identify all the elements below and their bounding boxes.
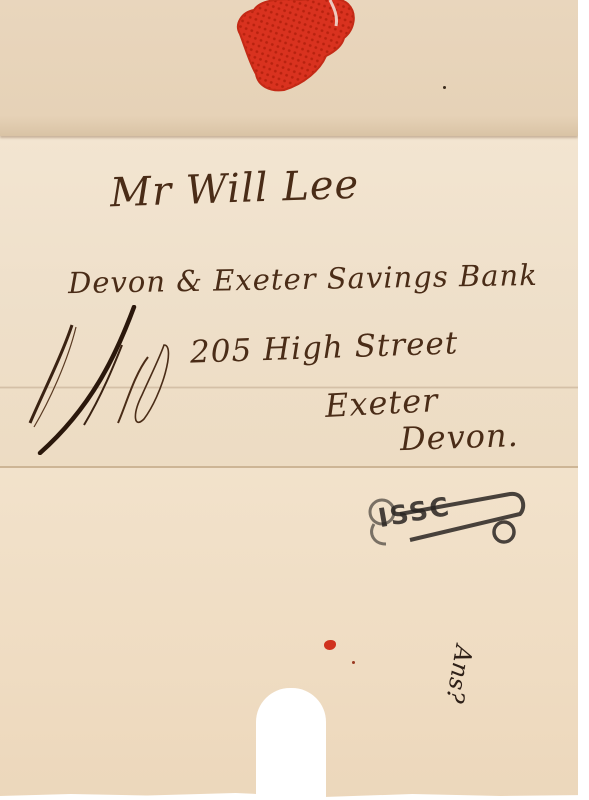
torn-notch <box>256 688 326 800</box>
paper-speck <box>352 661 355 664</box>
addressee-name: Mr Will Lee <box>109 162 360 217</box>
manuscript-rate-mark <box>22 305 202 455</box>
background-right <box>578 0 589 800</box>
address-line-county: Devon. <box>399 416 519 458</box>
paper-speck <box>443 86 446 89</box>
wax-seal <box>230 0 360 92</box>
postal-handstamp: ISSC <box>360 484 528 554</box>
